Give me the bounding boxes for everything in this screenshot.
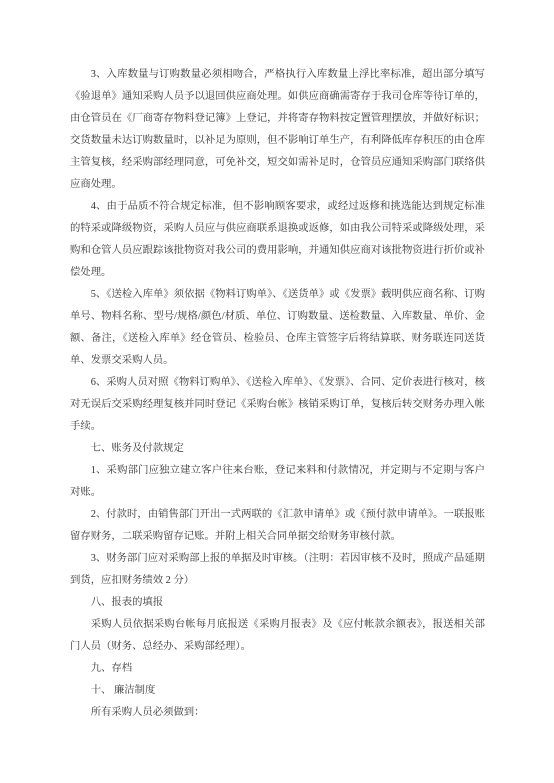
document-paragraph-3: 5、《送检入库单》须依据《物料订购单》、《送货单》或《发票》载明供应商名称、订购… xyxy=(70,284,485,372)
document-paragraph-5: 七、账务及付款规定 xyxy=(70,438,485,460)
document-paragraph-13: 所有采购人员必须做到： xyxy=(70,702,485,724)
document-paragraph-7: 2、付款时，由销售部门开出一式两联的《汇款申请单》或《预付款申请单》。一联报账留… xyxy=(70,504,485,548)
document-page: 3、入库数量与订购数量必须相吻合，严格执行入库数量上浮比率标准，超出部分填写《验… xyxy=(0,0,554,783)
document-paragraph-10: 采购人员依据采购台帐每月底报送《采购月报表》及《应付帐款余额表》，报送相关部门人… xyxy=(70,614,485,658)
document-paragraph-9: 八、报表的填报 xyxy=(70,592,485,614)
document-paragraph-12: 十、 廉洁制度 xyxy=(70,680,485,702)
document-paragraph-8: 3、财务部门应对采购部上报的单据及时审核。（注明：若因审核不及时，照成产品延期到… xyxy=(70,548,485,592)
document-paragraph-1: 3、入库数量与订购数量必须相吻合，严格执行入库数量上浮比率标准，超出部分填写《验… xyxy=(70,64,485,196)
document-paragraph-6: 1、采购部门应独立建立客户往来台账，登记来料和付款情况，并定期与不定期与客户对账… xyxy=(70,460,485,504)
document-paragraph-2: 4、由于品质不符合规定标准，但不影响顾客要求，或经过返修和挑选能达到规定标准的特… xyxy=(70,196,485,284)
document-paragraph-11: 九、存档 xyxy=(70,658,485,680)
document-body: 3、入库数量与订购数量必须相吻合，严格执行入库数量上浮比率标准，超出部分填写《验… xyxy=(70,64,485,724)
document-paragraph-4: 6、采购人员对照《物料订购单》、《送检入库单》、《发票》、合同、定价表进行核对，… xyxy=(70,372,485,438)
